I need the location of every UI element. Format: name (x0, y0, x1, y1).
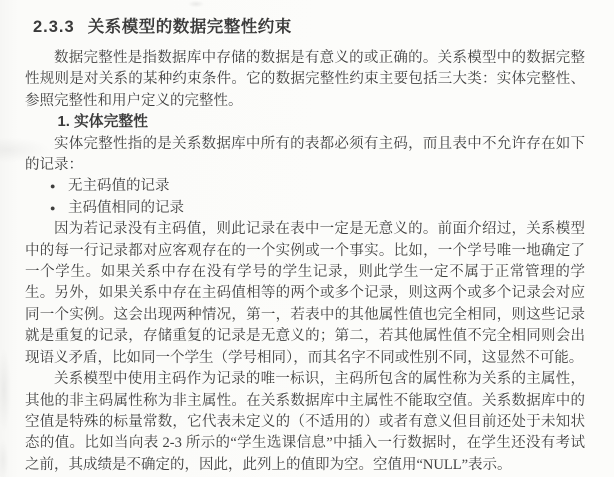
paragraph-entity-integrity: 实体完整性指的是关系数据库中所有的表都必须有主码，而且表中不允许存在如下的记录： (25, 134, 585, 177)
list-item-text: 主码值相同的记录 (68, 200, 184, 216)
bullet-icon: ● (50, 176, 55, 197)
scanned-textbook-page: 2.3.3关系模型的数据完整性约束 数据完整性是指数据库中存储的数据是有意义的或… (0, 0, 614, 477)
section-number: 2.3.3 (33, 18, 75, 36)
list-item: ● 主码值相同的记录 (25, 198, 585, 219)
body-text: 数据完整性是指数据库中存储的数据是有意义的或正确的。关系模型中的数据完整性规则是… (25, 48, 585, 476)
list-item: ● 无主码值的记录 (25, 176, 585, 197)
forbidden-records-list: ● 无主码值的记录 ● 主码值相同的记录 (25, 176, 585, 219)
bullet-icon: ● (50, 198, 55, 219)
section-title: 关系模型的数据完整性约束 (88, 18, 292, 36)
section-heading: 2.3.3关系模型的数据完整性约束 (33, 13, 585, 37)
paragraph-null-values: 关系模型中使用主码作为记录的唯一标识，主码所包含的属性称为关系的主属性，其他的非… (25, 369, 585, 476)
paragraph-primary-key-reason: 因为若记录没有主码值，则此记录在表中一定是无意义的。前面介绍过，关系模型中的每一… (25, 219, 585, 369)
list-item-text: 无主码值的记录 (68, 178, 170, 194)
subheading-entity-integrity: 1. 实体完整性 (25, 112, 585, 133)
paragraph-data-integrity-intro: 数据完整性是指数据库中存储的数据是有意义的或正确的。关系模型中的数据完整性规则是… (25, 48, 585, 112)
